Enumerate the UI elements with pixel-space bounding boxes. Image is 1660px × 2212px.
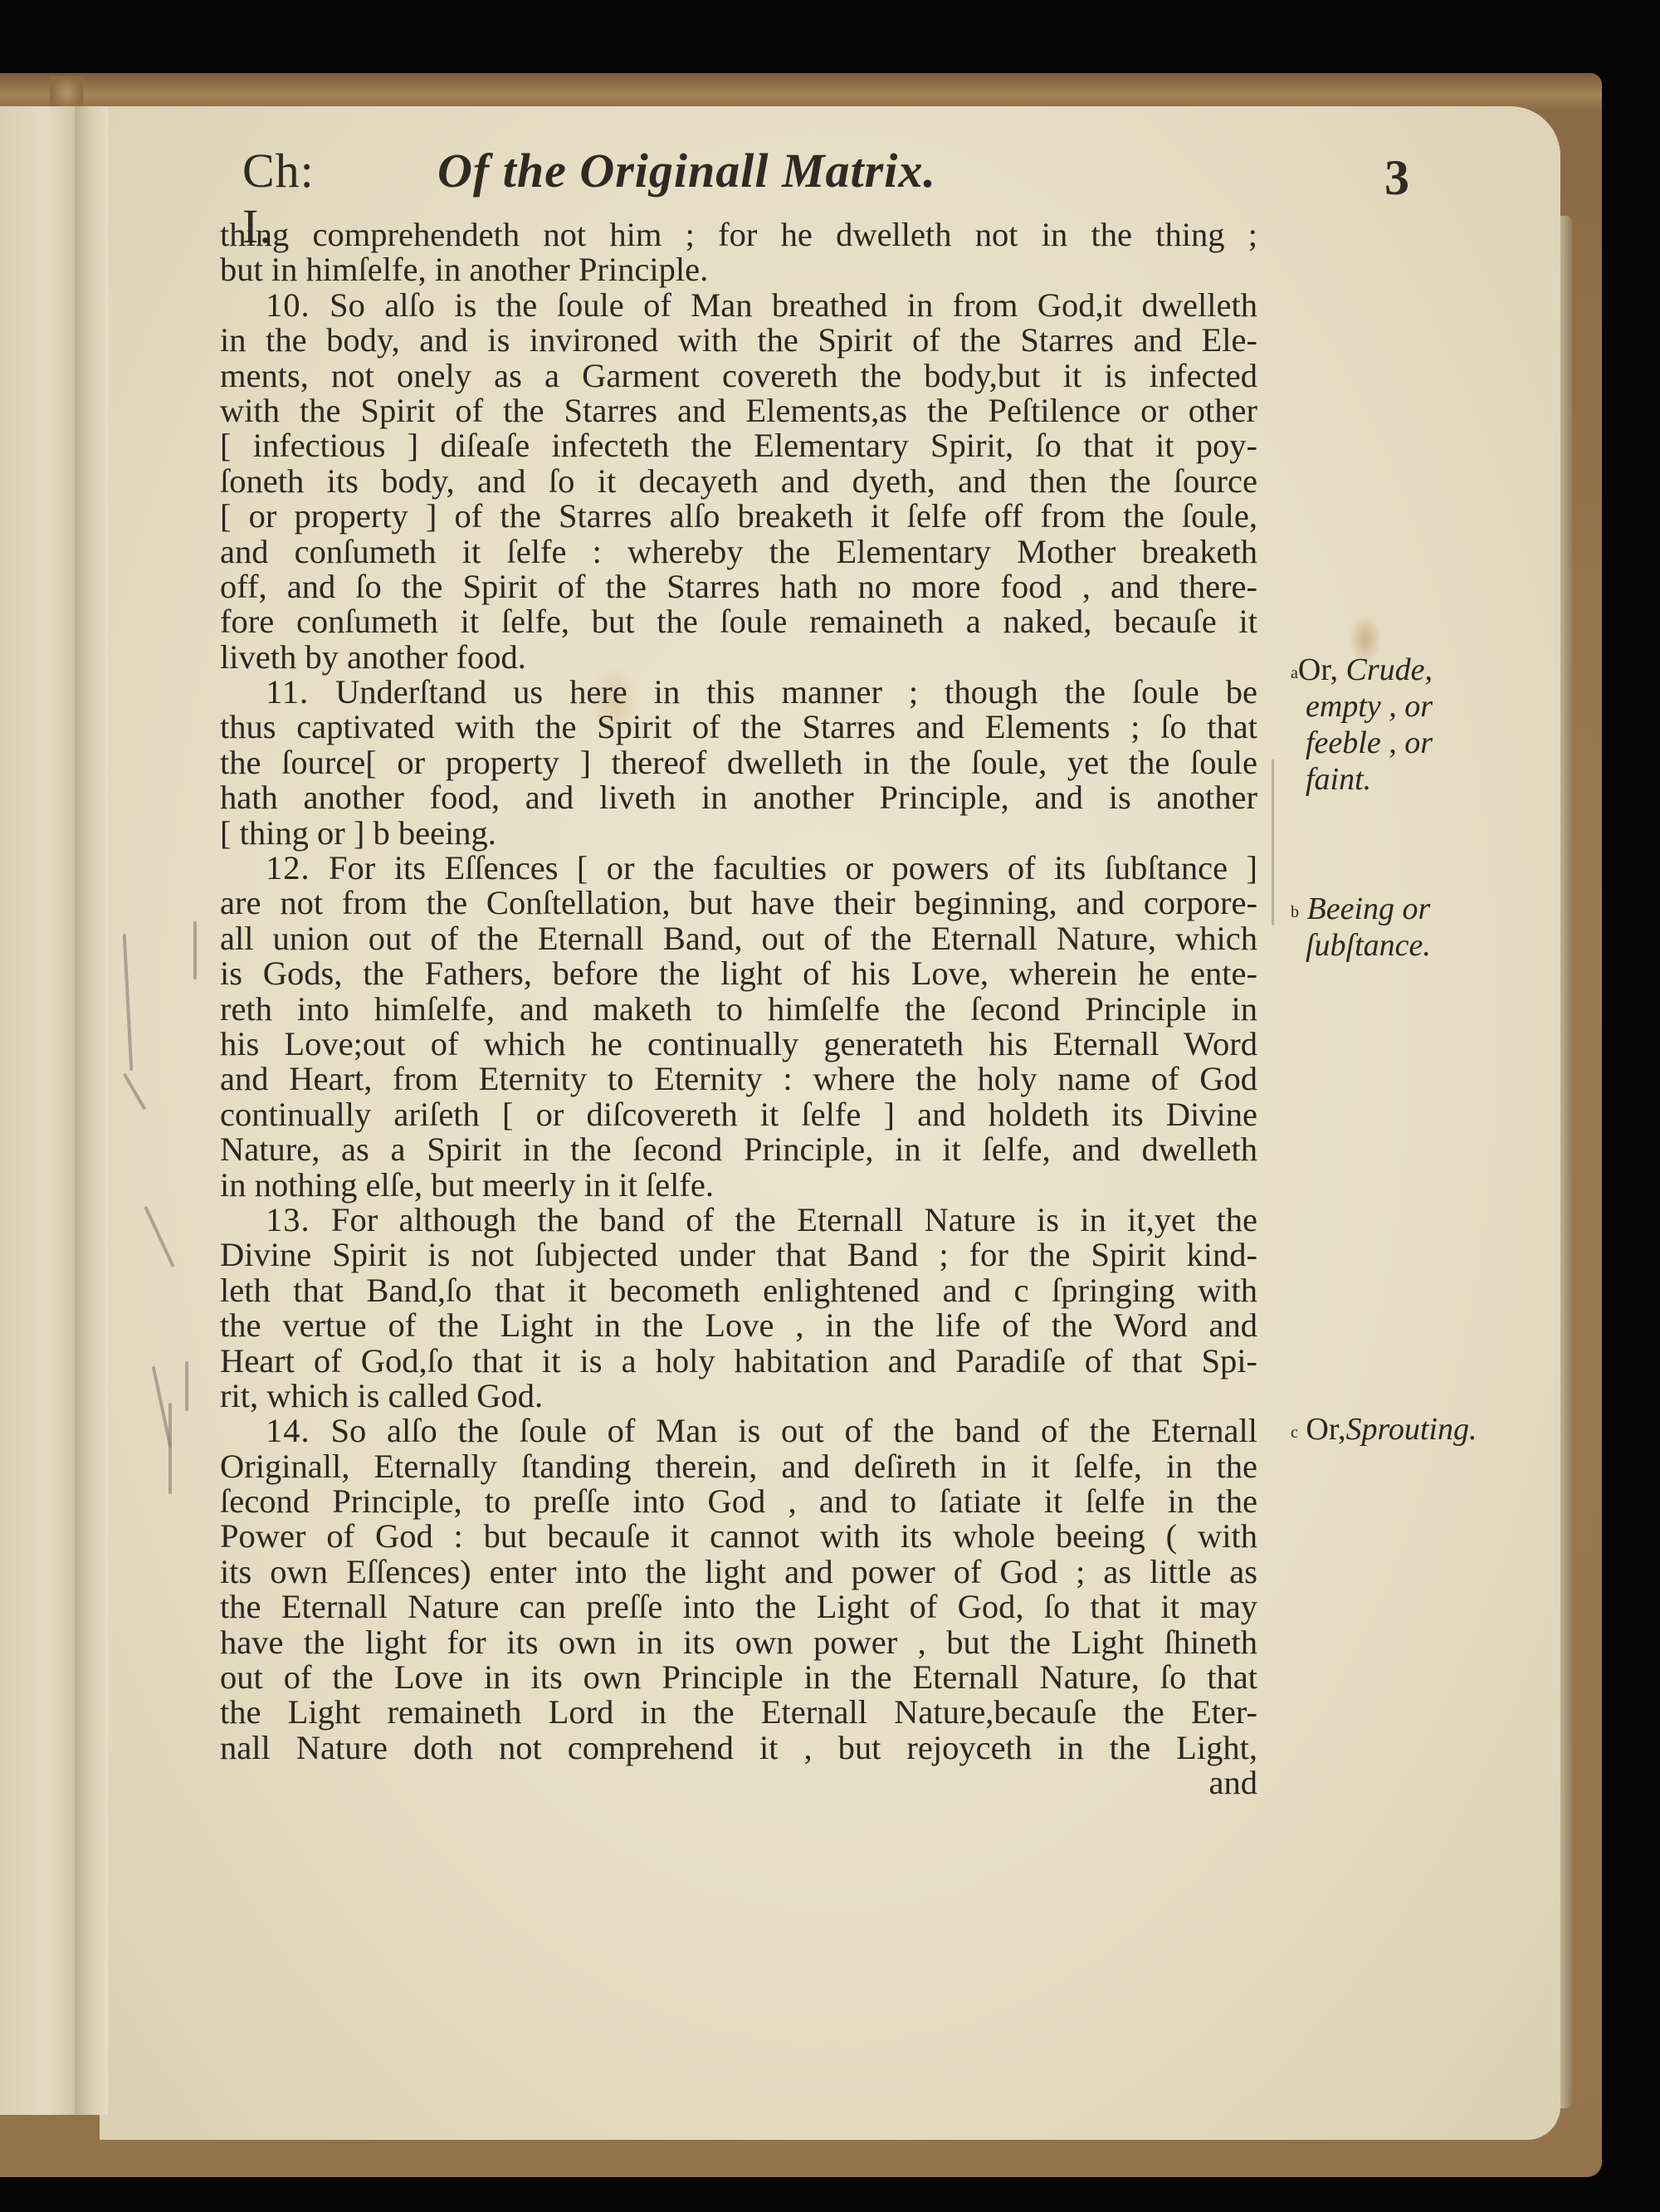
paragraph-14: 14. So alſo the ſoule of Man is out of t…: [220, 1414, 1257, 1765]
text-line-content: For its Eſſences [ or the faculties or p…: [329, 849, 1257, 886]
text-line: and Heart, from Eternity to Eternity : w…: [220, 1062, 1257, 1096]
pencil-mark: [185, 1361, 188, 1411]
paragraph-number: 13.: [266, 1201, 310, 1238]
text-line: the vertue of the Light in the Love , in…: [220, 1308, 1257, 1343]
text-line: hath another food, and liveth in another…: [220, 780, 1257, 815]
text-line: thus captivated with the Spirit of the S…: [220, 710, 1257, 745]
text-line: with the Spirit of the Starres and Eleme…: [220, 393, 1257, 428]
text-line: nall Nature doth not comprehend it , but…: [220, 1731, 1257, 1765]
note-text: Crude,: [1345, 652, 1433, 687]
text-line: in the body, and is invironed with the S…: [220, 323, 1257, 358]
paragraph-number: 11.: [266, 673, 309, 710]
gutter-shadow: [75, 106, 108, 2115]
note-marker: b: [1291, 903, 1299, 921]
text-line: leth that Band,ſo that it becometh enlig…: [220, 1273, 1257, 1308]
paragraph-10: 10. So alſo is the ſoule of Man breathed…: [220, 288, 1257, 675]
text-line-content: So alſo the ſoule of Man is out of the b…: [330, 1412, 1257, 1449]
text-line: all union out of the Eternall Band, out …: [220, 921, 1257, 956]
paragraph-continuation: thing comprehendeth not him ; for he dwe…: [220, 217, 1257, 288]
text-line: reth into himſelfe, and maketh to himſel…: [220, 992, 1257, 1027]
text-line: 11. Underſtand us here in this manner ; …: [220, 675, 1257, 710]
text-line: 14. So alſo the ſoule of Man is out of t…: [220, 1414, 1257, 1448]
text-line: is Gods, the Fathers, before the light o…: [220, 956, 1257, 991]
text-line: thing comprehendeth not him ; for he dwe…: [220, 217, 1257, 252]
paragraph-11: 11. Underſtand us here in this manner ; …: [220, 675, 1257, 851]
note-text: faint.: [1306, 762, 1371, 797]
text-line: the Light remaineth Lord in the Eternall…: [220, 1695, 1257, 1730]
margin-note-a: aOr, Crude, empty , or feeble , or faint…: [1291, 652, 1482, 798]
facing-page-edge: [0, 106, 79, 2115]
text-line: [ thing or ] b beeing.: [220, 816, 1257, 851]
text-line: in nothing elſe, but meerly in it ſelfe.: [220, 1168, 1257, 1203]
text-line-content: For although the band of the Eternall Na…: [331, 1201, 1257, 1238]
text-line: ſecond Principle, to preſſe into God , a…: [220, 1484, 1257, 1519]
body-text: thing comprehendeth not him ; for he dwe…: [220, 217, 1257, 1801]
catchword: and: [220, 1765, 1257, 1800]
margin-bracket-line: [1272, 759, 1274, 925]
text-line: rit, which is called God.: [220, 1379, 1257, 1414]
text-line: [ or property ] of the Starres alſo brea…: [220, 499, 1257, 534]
text-line: 13. For although the band of the Eternal…: [220, 1203, 1257, 1238]
paragraph-13: 13. For although the band of the Eternal…: [220, 1203, 1257, 1414]
note-text: empty , or: [1306, 689, 1433, 724]
text-line: ſoneth its body, and ſo it decayeth and …: [220, 464, 1257, 499]
text-line: out of the Love in its own Principle in …: [220, 1660, 1257, 1695]
text-line: Power of God : but becauſe it cannot wit…: [220, 1519, 1257, 1554]
paragraph-number: 12.: [266, 849, 310, 886]
page-number: 3: [1384, 149, 1409, 207]
text-line-content: So alſo is the ſoule of Man breathed in …: [330, 286, 1257, 324]
paragraph-12: 12. For its Eſſences [ or the faculties …: [220, 851, 1257, 1203]
text-line: the ſource[ or property ] thereof dwelle…: [220, 745, 1257, 780]
text-line: off, and ſo the Spirit of the Starres ha…: [220, 569, 1257, 604]
text-line: [ infectious ] diſeaſe infecteth the Ele…: [220, 428, 1257, 463]
text-line: fore conſumeth it ſelfe, but the ſoule r…: [220, 604, 1257, 639]
text-line: Divine Spirit is not ſubjected under tha…: [220, 1238, 1257, 1272]
paragraph-number: 10.: [266, 286, 310, 324]
pencil-mark: [168, 1403, 172, 1494]
text-line: continually ariſeth [ or diſcovereth it …: [220, 1097, 1257, 1132]
spine-fold: [50, 76, 83, 110]
text-line: ments, not onely as a Garment covereth t…: [220, 359, 1257, 393]
text-line: Nature, as a Spirit in the ſecond Princi…: [220, 1132, 1257, 1167]
text-line: 12. For its Eſſences [ or the faculties …: [220, 851, 1257, 886]
note-text: Sprouting.: [1345, 1412, 1477, 1447]
note-marker: c: [1291, 1423, 1298, 1442]
pencil-mark: [193, 921, 197, 979]
text-line: 10. So alſo is the ſoule of Man breathed…: [220, 288, 1257, 323]
margin-note-c: c Or,Sprouting.: [1291, 1411, 1573, 1448]
text-line: the Eternall Nature can preſſe into the …: [220, 1589, 1257, 1624]
paragraph-number: 14.: [266, 1412, 310, 1449]
text-line: and conſumeth it ſelfe : whereby the Ele…: [220, 535, 1257, 569]
text-line: Heart of God,ſo that it is a holy habita…: [220, 1344, 1257, 1379]
margin-note-b: b Beeing or ſubſtance.: [1291, 891, 1482, 964]
text-line: but in himſelfe, in another Principle.: [220, 252, 1257, 287]
text-line: have the light for its own in its own po…: [220, 1625, 1257, 1660]
text-line: his Love;out of which he continually gen…: [220, 1027, 1257, 1062]
note-marker: a: [1291, 664, 1298, 682]
text-line: Originall, Eternally ſtanding therein, a…: [220, 1449, 1257, 1484]
note-text: ſubſtance.: [1306, 928, 1431, 963]
text-line: liveth by another food.: [220, 640, 1257, 675]
note-text: Beeing or: [1307, 891, 1431, 926]
binding-top-edge: [0, 73, 1602, 110]
text-line: its own Eſſences) enter into the light a…: [220, 1555, 1257, 1589]
note-text: feeble , or: [1306, 725, 1433, 760]
running-title: Of the Originall Matrix.: [437, 143, 936, 198]
text-line-content: Underſtand us here in this manner ; thou…: [335, 673, 1257, 710]
text-line: are not from the Conſtellation, but have…: [220, 886, 1257, 920]
note-prefix: Or,: [1306, 1412, 1345, 1447]
note-prefix: Or,: [1298, 652, 1338, 687]
